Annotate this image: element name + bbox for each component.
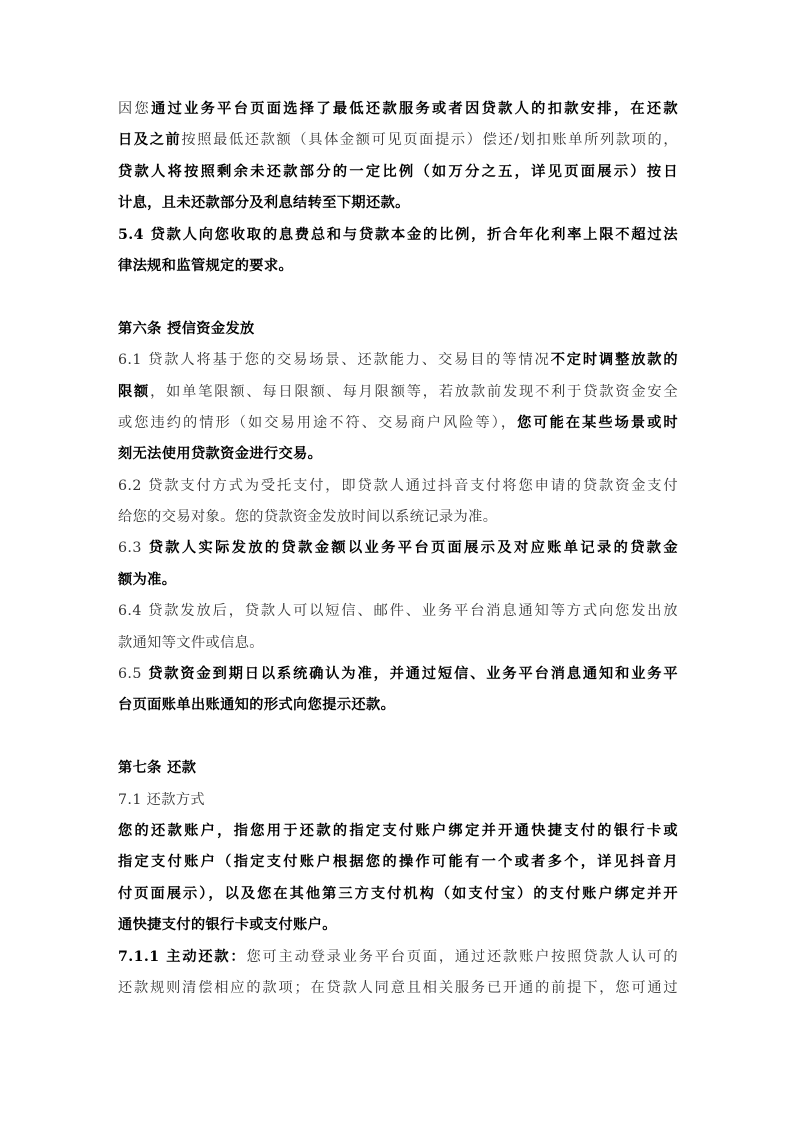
text-line: 您的还款账户，指您用于还款的指定支付账户绑定并开通快捷支付的银行卡或: [118, 816, 678, 847]
text-line: 贷款人将按照剩余未还款部分的一定比例（如万分之五，详见页面展示）按日: [118, 157, 678, 188]
paragraph: 因您通过业务平台页面选择了最低还款服务或者因贷款人的扣款安排，在还款日及之前按照…: [118, 94, 678, 220]
paragraph: 6.5 贷款资金到期日以系统确认为准，并通过短信、业务平台消息通知和业务平台页面…: [118, 659, 678, 722]
bold-text: 您可能在某些场景或时: [517, 415, 678, 431]
text: 因您: [118, 101, 151, 117]
document-page: 因您通过业务平台页面选择了最低还款服务或者因贷款人的扣款安排，在还款日及之前按照…: [118, 94, 678, 1004]
bold-text: 指定支付账户（指定支付账户根据您的操作可能有一个或者多个，详见抖音月: [118, 854, 678, 870]
paragraph: 6.4 贷款发放后，贷款人可以短信、邮件、业务平台消息通知等方式向您发出放款通知…: [118, 596, 678, 659]
bold-text: 贷款人实际发放的贷款金额以业务平台页面展示及对应账单记录的贷款金: [149, 540, 678, 556]
text-line: 通快捷支付的银行卡或支付账户。: [118, 910, 678, 941]
bold-text: 贷款资金到期日以系统确认为准，并通过短信、业务平台消息通知和业务平: [148, 666, 678, 682]
text-line: 6.5 贷款资金到期日以系统确认为准，并通过短信、业务平台消息通知和业务平: [118, 659, 678, 690]
text-line: 付页面展示），以及您在其他第三方支付机构（如支付宝）的支付账户绑定并开: [118, 879, 678, 910]
text-line: 额为准。: [118, 565, 678, 596]
text: ，如单笔限额、每日限额、每月限额等，若放款前发现不利于贷款资金安全: [150, 384, 678, 400]
text: 或您违约的情形（如交易用途不符、交易商户风险等），: [118, 415, 517, 431]
bold-text: 您的还款账户，指您用于还款的指定支付账户绑定并开通快捷支付的银行卡或: [118, 823, 678, 839]
bold-text: 第六条 授信资金发放: [118, 321, 255, 337]
paragraph: 5.4 贷款人向您收取的息费总和与贷款本金的比例，折合年化利率上限不超过法律法规…: [118, 220, 678, 283]
bold-text: 刻无法使用贷款资金进行交易。: [118, 446, 322, 462]
paragraph: 您的还款账户，指您用于还款的指定支付账户绑定并开通快捷支付的银行卡或指定支付账户…: [118, 816, 678, 942]
bold-text: 限额: [118, 384, 150, 400]
text: 款通知等文件或信息。: [118, 635, 264, 651]
text-line: 5.4 贷款人向您收取的息费总和与贷款本金的比例，折合年化利率上限不超过法: [118, 220, 678, 251]
text-line: 律法规和监管规定的要求。: [118, 251, 678, 282]
blank-line: [118, 722, 678, 753]
paragraph: 7.1 还款方式: [118, 785, 678, 816]
bold-text: 律法规和监管规定的要求。: [118, 258, 293, 274]
text-line: 第六条 授信资金发放: [118, 314, 678, 345]
text-line: 7.1 还款方式: [118, 785, 678, 816]
text-line: 第七条 还款: [118, 753, 678, 784]
paragraph: 6.1 贷款人将基于您的交易场景、还款能力、交易目的等情况不定时调整放款的限额，…: [118, 345, 678, 471]
bold-text: 日及之前: [118, 132, 181, 148]
text-line: 6.4 贷款发放后，贷款人可以短信、邮件、业务平台消息通知等方式向您发出放: [118, 596, 678, 627]
bold-text: 不定时调整放款的: [551, 352, 678, 368]
text-line: 计息，且未还款部分及利息结转至下期还款。: [118, 188, 678, 219]
section-heading: 第七条 还款: [118, 753, 678, 784]
bold-text: 通过业务平台页面选择了最低还款服务或者因贷款人的扣款安排，在还款: [151, 101, 678, 117]
blank-line: [118, 282, 678, 313]
text-line: 台页面账单出账通知的形式向您提示还款。: [118, 690, 678, 721]
text-line: 因您通过业务平台页面选择了最低还款服务或者因贷款人的扣款安排，在还款: [118, 94, 678, 125]
text: 按照最低还款额（具体金额可见页面提示）偿还/划扣账单所列款项的，: [181, 132, 678, 148]
bold-text: 通快捷支付的银行卡或支付账户。: [118, 917, 337, 933]
text: 6.1 贷款人将基于您的交易场景、还款能力、交易目的等情况: [118, 352, 551, 368]
text-line: 指定支付账户（指定支付账户根据您的操作可能有一个或者多个，详见抖音月: [118, 847, 678, 878]
text: 6.4 贷款发放后，贷款人可以短信、邮件、业务平台消息通知等方式向您发出放: [118, 603, 678, 619]
bold-text: 第七条 还款: [118, 760, 196, 776]
text: 6.5: [118, 666, 148, 682]
text-line: 日及之前按照最低还款额（具体金额可见页面提示）偿还/划扣账单所列款项的，: [118, 125, 678, 156]
text-line: 6.1 贷款人将基于您的交易场景、还款能力、交易目的等情况不定时调整放款的: [118, 345, 678, 376]
text-line: 7.1.1 主动还款：您可主动登录业务平台页面，通过还款账户按照贷款人认可的: [118, 942, 678, 973]
text-line: 给您的交易对象。您的贷款资金发放时间以系统记录为准。: [118, 502, 678, 533]
text-line: 款通知等文件或信息。: [118, 628, 678, 659]
text: 6.3: [118, 540, 149, 556]
bold-text: 付页面展示），以及您在其他第三方支付机构（如支付宝）的支付账户绑定并开: [118, 886, 678, 902]
section-heading: 第六条 授信资金发放: [118, 314, 678, 345]
bold-text: 计息，且未还款部分及利息结转至下期还款。: [118, 195, 410, 211]
paragraph: 6.2 贷款支付方式为受托支付，即贷款人通过抖音支付将您申请的贷款资金支付给您的…: [118, 471, 678, 534]
bold-text: 7.1.1 主动还款：: [118, 949, 246, 965]
bold-text: 贷款人将按照剩余未还款部分的一定比例（如万分之五，详见页面展示）按日: [118, 164, 678, 180]
text: 还款规则清偿相应的款项；在贷款人同意且相关服务已开通的前提下，您可通过: [118, 980, 678, 996]
text-line: 6.2 贷款支付方式为受托支付，即贷款人通过抖音支付将您申请的贷款资金支付: [118, 471, 678, 502]
text-line: 限额，如单笔限额、每日限额、每月限额等，若放款前发现不利于贷款资金安全: [118, 377, 678, 408]
text: 给您的交易对象。您的贷款资金发放时间以系统记录为准。: [118, 509, 497, 525]
text-line: 刻无法使用贷款资金进行交易。: [118, 439, 678, 470]
text-line: 6.3 贷款人实际发放的贷款金额以业务平台页面展示及对应账单记录的贷款金: [118, 533, 678, 564]
text: 6.2 贷款支付方式为受托支付，即贷款人通过抖音支付将您申请的贷款资金支付: [118, 478, 678, 494]
bold-text: 额为准。: [118, 572, 176, 588]
paragraph: 6.3 贷款人实际发放的贷款金额以业务平台页面展示及对应账单记录的贷款金额为准。: [118, 533, 678, 596]
text: 您可主动登录业务平台页面，通过还款账户按照贷款人认可的: [246, 949, 678, 965]
text-line: 还款规则清偿相应的款项；在贷款人同意且相关服务已开通的前提下，您可通过: [118, 973, 678, 1004]
text-line: 或您违约的情形（如交易用途不符、交易商户风险等），您可能在某些场景或时: [118, 408, 678, 439]
text: 7.1 还款方式: [118, 792, 205, 808]
paragraph: 7.1.1 主动还款：您可主动登录业务平台页面，通过还款账户按照贷款人认可的还款…: [118, 942, 678, 1005]
bold-text: 5.4 贷款人向您收取的息费总和与贷款本金的比例，折合年化利率上限不超过法: [118, 227, 678, 243]
bold-text: 台页面账单出账通知的形式向您提示还款。: [118, 697, 395, 713]
